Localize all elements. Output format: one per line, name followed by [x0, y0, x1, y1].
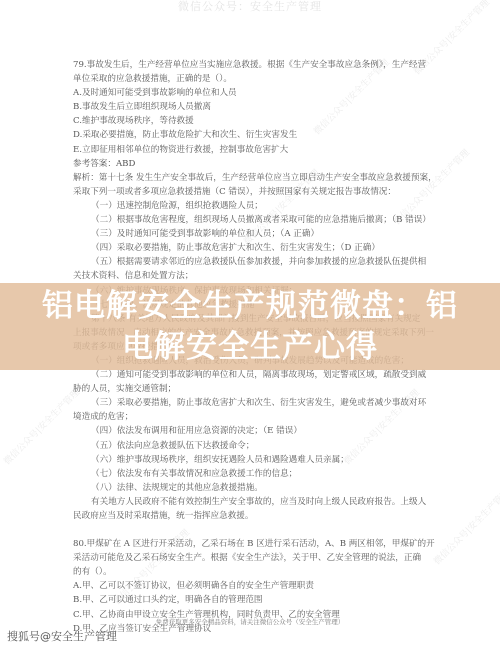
analysis-line: （二）根据事故危害程度，组织现场人员撤离或者采取可能的应急措施后撤离；（B 错误…: [73, 213, 433, 227]
option-d: D.采取必要措施，防止事故危险扩大和次生、衍生灾害发生: [73, 128, 433, 142]
analysis-line: 民政府应当及时采取措施，统一指挥应急救援。: [73, 509, 433, 523]
analysis-line: （一）迅速控制危险源，组织抢救遇险人员；: [73, 199, 433, 213]
analysis-line: （六）维护事故现场秩序，组织安抚遇险人员和遇险遇难人员亲属；: [73, 453, 433, 467]
diagonal-watermark: 微信公众号|安全生产管理: [430, 486, 500, 567]
header-watermark: 微信公众号：安全生产管理: [0, 0, 500, 14]
option-c: C.维护事故现场秩序，等待救援: [73, 114, 433, 128]
analysis-line: （五）依法向应急救援队伍下达救援命令；: [73, 439, 433, 453]
question-stem: 的有（）。: [73, 565, 433, 579]
analysis-line: 采取下列一项或者多项应急救援措施（C 错误），并按照国家有关规定报告事故情况：: [73, 185, 433, 199]
analysis-line: 胁的人员，实施交通管制；: [73, 382, 433, 396]
option-a: A.甲、乙可以不签订协议，但必须明确各自的安全生产管理职责: [73, 579, 433, 593]
article-title-line-2: 电解安全生产心得: [0, 327, 500, 368]
analysis-line: 有关地方人民政府不能有效控制生产安全事故的，应当及时向上级人民政府报告。上级人: [73, 495, 433, 509]
analysis-line: （七）依法发布有关事故情况和应急救援工作的信息；: [73, 467, 433, 481]
source-watermark: 搜狐号@安全生产管理: [7, 628, 117, 644]
question-stem: 单位采取的应急救援措施，正确的是（）。: [73, 72, 433, 86]
option-b: B.事故发生后立即组织现场人员撤离: [73, 100, 433, 114]
analysis-line: 解析：第十七条 发生生产安全事故后，生产经营单位应当立即启动生产安全事故应急救援…: [73, 171, 433, 185]
reference-answer: 参考答案：ABD: [73, 157, 433, 171]
analysis-line: 境造成的危害；: [73, 410, 433, 424]
analysis-line: （三）采取必要措施，防止事故危害扩大和次生、衍生灾害发生，避免或者减少事故对环: [73, 396, 433, 410]
footer-note: 免费获取更多安全精品资料，请关注微信公众号（安全生产管理）: [0, 617, 500, 626]
analysis-line: 关技术资料、信息和处置方法；: [73, 269, 433, 283]
document-page: 微信公众号：安全生产管理 微信公众号|安全生产管理 微信公众号|安全生产管理 微…: [0, 0, 500, 647]
analysis-line: （三）及时通知可能受到事故影响的单位和人员；（A 正确）: [73, 227, 433, 241]
question-stem: 79.事故发生后，生产经营单位应当实施应急救援。根据《生产安全事故应急条例》，生…: [73, 58, 433, 72]
analysis-line: （四）采取必要措施，防止事故危害扩大和次生、衍生灾害发生；（D 正确）: [73, 241, 433, 255]
analysis-line: （五）根据需要请求邻近的应急救援队伍参加救援，并向参加救援的应急救援队伍提供相: [73, 255, 433, 269]
article-title-line-1: 铝电解安全生产规范微盘：铝: [0, 286, 500, 327]
article-title: 铝电解安全生产规范微盘：铝 电解安全生产心得: [0, 286, 500, 368]
analysis-line: （二）通知可能受到事故影响的单位和人员，隔离事故现场，划定警戒区域，疏散受到威: [73, 368, 433, 382]
analysis-line: （八）法律、法规规定的其他应急救援措施。: [73, 481, 433, 495]
question-stem: 80.甲煤矿在 A 区进行开采活动，乙采石场在 B 区进行采石活动，A、B 两区…: [73, 537, 433, 551]
question-stem: 采活动可能危及乙采石场安全生产。根据《安全生产法》，关于甲、乙安全管理的说法，正…: [73, 551, 433, 565]
spacer: [73, 523, 433, 537]
option-b: B.甲、乙可以通过口头约定，明确各自的管理范围: [73, 593, 433, 607]
option-e: E.立即征用相邻单位的物资进行救援，控制事故危害扩大: [73, 143, 433, 157]
diagonal-watermark: 微信公众号|安全生产管理: [0, 386, 81, 467]
option-a: A.及时通知可能受到事故影响的单位和人员: [73, 86, 433, 100]
analysis-line: （四）依法发布调用和征用应急资源的决定；（E 错误）: [73, 424, 433, 438]
